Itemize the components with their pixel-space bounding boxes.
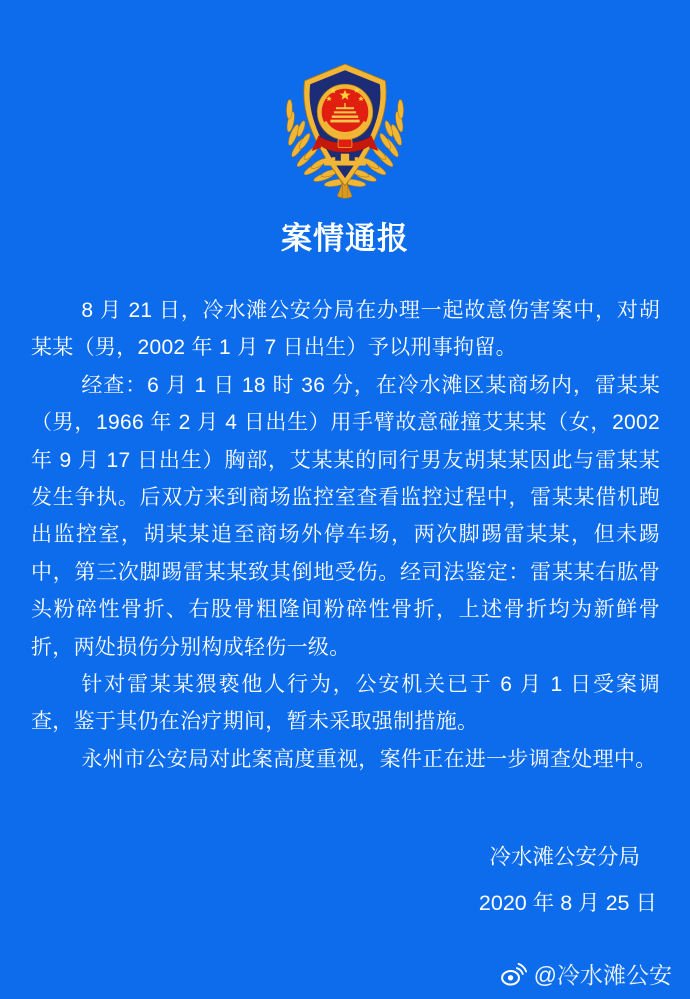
notice-body: 8 月 21 日，冷水滩公安分局在办理一起故意伤害案中，对胡某某（男，2002 … bbox=[31, 292, 660, 778]
watermark-handle: @冷水滩公安 bbox=[534, 957, 672, 990]
signature-name: 冷水滩公安分局 bbox=[0, 842, 640, 872]
notice-title: 案情通报 bbox=[0, 213, 690, 258]
china-police-badge-icon bbox=[275, 55, 415, 201]
signature-date: 2020 年 8 月 25 日 bbox=[0, 888, 657, 918]
notice-page: 案情通报 8 月 21 日，冷水滩公安分局在办理一起故意伤害案中，对胡某某（男，… bbox=[0, 0, 690, 999]
signature-block: 冷水滩公安分局 2020 年 8 月 25 日 bbox=[0, 842, 690, 918]
notice-paragraph-3: 针对雷某某猥亵他人行为，公安机关已于 6 月 1 日受案调查，鉴于其仍在治疗期间… bbox=[31, 666, 660, 741]
notice-paragraph-1: 8 月 21 日，冷水滩公安分局在办理一起故意伤害案中，对胡某某（男，2002 … bbox=[31, 292, 660, 367]
watermark: @冷水滩公安 bbox=[500, 957, 672, 990]
notice-paragraph-2: 经查：6 月 1 日 18 时 36 分，在冷水滩区某商场内，雷某某（男，196… bbox=[31, 367, 660, 666]
weibo-icon bbox=[500, 962, 527, 986]
notice-paragraph-4: 永州市公安局对此案高度重视，案件正在进一步调查处理中。 bbox=[31, 741, 660, 778]
